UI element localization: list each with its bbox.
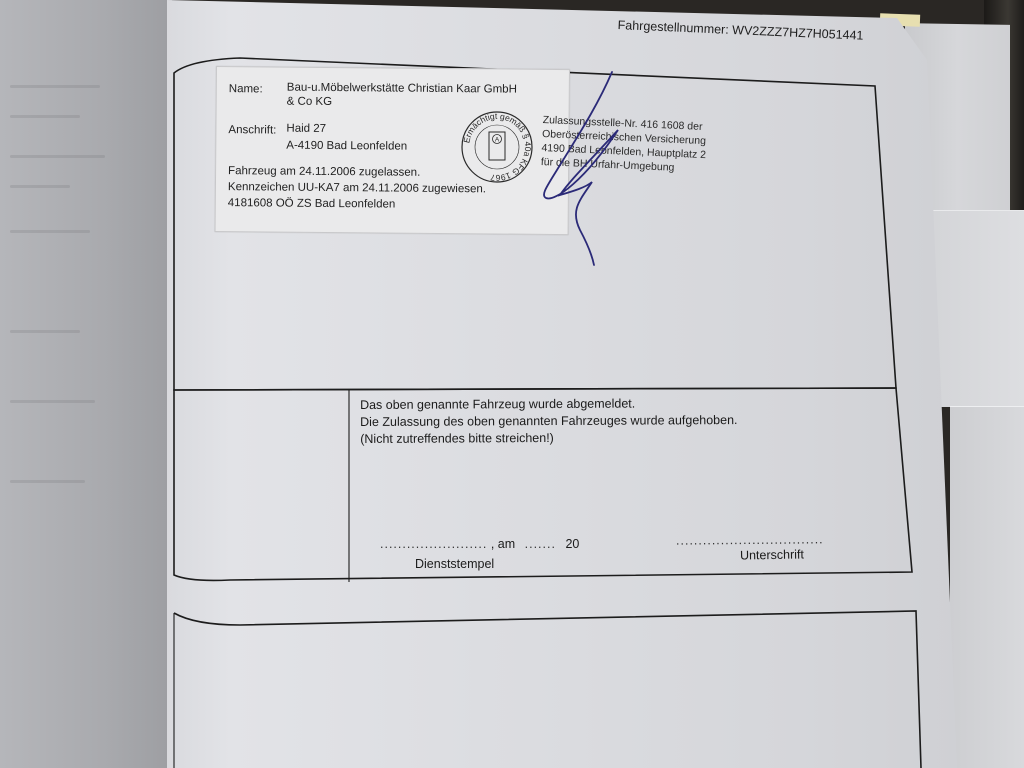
name-label: Name: [229, 83, 263, 95]
deregistration-line3: (Nicht zutreffendes bitte streichen!) [360, 429, 737, 448]
am-label: , am [491, 537, 515, 551]
address-line1: Haid 27 [286, 123, 326, 135]
signature-placeholder-dots: ................................. [676, 532, 824, 547]
svg-text:A: A [495, 137, 500, 144]
address-line2: A-4190 Bad Leonfelden [286, 140, 407, 153]
stamp-date-field: ........................ , am ....... 20 [380, 537, 579, 551]
year-prefix: 20 [565, 537, 579, 551]
owner-name-line1: Bau-u.Möbelwerkstätte Christian Kaar Gmb… [287, 82, 517, 96]
office-code-line: 4181608 OÖ ZS Bad Leonfelden [228, 197, 396, 210]
authorization-stamp-icon: Ermächtigt gemäß § 40a KFG 1967 A [460, 110, 534, 184]
handwritten-signature [530, 70, 650, 270]
signature-field: ................................. [676, 532, 824, 547]
stamp-placeholder-dots: ........................ [380, 537, 487, 551]
service-stamp-label: Dienststempel [415, 557, 494, 571]
registration-date-line: Fahrzeug am 24.11.2006 zugelassen. [228, 165, 420, 179]
deregistration-line2: Die Zulassung des oben genannten Fahrzeu… [360, 412, 737, 431]
date-placeholder-dots: ....... [525, 537, 556, 551]
signature-label: Unterschrift [740, 547, 804, 562]
deregistration-statement: Das oben genannte Fahrzeug wurde abgemel… [360, 395, 738, 448]
address-label: Anschrift: [228, 124, 276, 136]
plate-line: Kennzeichen UU-KA7 am 24.11.2006 zugewie… [228, 181, 486, 195]
owner-name-line2: & Co KG [287, 96, 332, 108]
deregistration-line1: Das oben genannte Fahrzeug wurde abgemel… [360, 395, 737, 414]
